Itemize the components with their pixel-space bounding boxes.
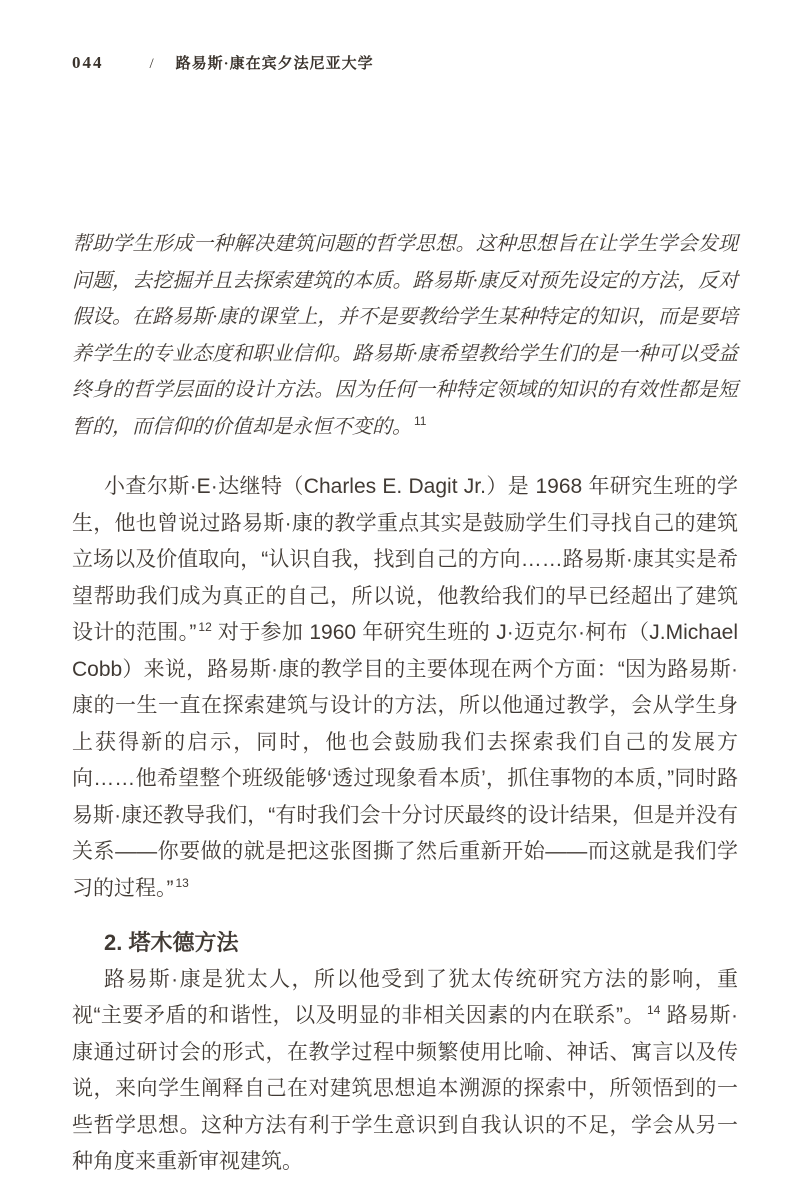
footnote-ref-12: 12 xyxy=(198,620,211,634)
book-page: 044 / 路易斯·康在宾夕法尼亚大学 帮助学生形成一种解决建筑问题的哲学思想。… xyxy=(0,0,809,1200)
page-number: 044 xyxy=(72,53,104,73)
paragraph-3: 路易斯·康是犹太人，所以他受到了犹太传统研究方法的影响，重视“主要矛盾的和谐性，… xyxy=(72,962,738,1181)
text-segment: 帮助学生形成一种解决建筑问题的哲学思想。这种思想旨在让学生学会发现问题，去挖掘并… xyxy=(72,233,738,438)
page-header: 044 / 路易斯·康在宾夕法尼亚大学 xyxy=(72,52,374,73)
header-separator: / xyxy=(150,56,154,73)
body-text: 帮助学生形成一种解决建筑问题的哲学思想。这种思想旨在让学生学会发现问题，去挖掘并… xyxy=(72,226,738,1181)
text-segment: 小查尔斯·E·达继特（Charles E. Dagit Jr.）是 1968 年… xyxy=(72,475,738,644)
footnote-ref-11: 11 xyxy=(414,414,426,428)
footnote-ref-14: 14 xyxy=(647,1003,660,1017)
section-heading: 2. 塔木德方法 xyxy=(72,925,738,962)
book-title: 路易斯·康在宾夕法尼亚大学 xyxy=(176,52,374,73)
footnote-ref-13: 13 xyxy=(176,876,189,890)
text-segment: 路易斯·康通过研讨会的形式，在教学过程中频繁使用比喻、神话、寓言以及传说，来向学… xyxy=(72,1004,738,1173)
text-segment: 对于参加 1960 年研究生班的 J·迈克尔·柯布（J.Michael Cobb… xyxy=(72,621,738,900)
paragraph-1: 帮助学生形成一种解决建筑问题的哲学思想。这种思想旨在让学生学会发现问题，去挖掘并… xyxy=(72,226,738,445)
paragraph-2: 小查尔斯·E·达继特（Charles E. Dagit Jr.）是 1968 年… xyxy=(72,469,738,907)
text-segment: 2. 塔木德方法 xyxy=(104,930,238,955)
text-segment: 路易斯·康是犹太人，所以他受到了犹太传统研究方法的影响，重视“主要矛盾的和谐性，… xyxy=(72,968,738,1028)
